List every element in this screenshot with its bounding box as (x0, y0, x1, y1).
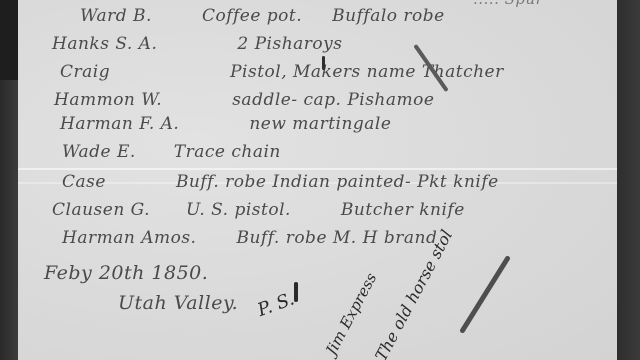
entry-hanks: Hanks S. A.2 Pisharoys (52, 34, 372, 54)
entry-harman-amos: Harman Amos.Buff. robe M. H brand (62, 228, 467, 248)
entry-harman-fa: Harman F. A.new martingale (60, 114, 421, 134)
ink-blot (322, 56, 325, 70)
marginal-note-express: Jim Express (322, 270, 380, 358)
document-date: Feby 20th 1850. (44, 262, 208, 284)
entry-wade: Wade E.Trace chain (62, 142, 311, 162)
entry-item: U. S. pistol. (186, 200, 291, 220)
entry-item: 2 Pisharoys (237, 34, 342, 54)
entry-case: CaseBuff. robe Indian painted- Pkt knife (62, 172, 529, 192)
scan-border-right (617, 0, 640, 360)
entry-name: Hammon W. (54, 90, 162, 110)
entry-craig: CraigPistol, Makers name Thatcher (60, 62, 534, 82)
document-place: Utah Valley. (118, 292, 238, 314)
entry-clausen: Clausen G.U. S. pistol.Butcher knife (52, 200, 495, 220)
entry-name: Ward B. (80, 6, 152, 26)
entry-name: Harman F. A. (60, 114, 179, 134)
partial-top-line: ..... Spur (473, 0, 543, 8)
entry-hammon: Hammon W.saddle- cap. Pishamoe (54, 90, 464, 110)
entry-item: new martingale (249, 114, 391, 134)
entry-item: Buff. robe Indian painted- Pkt knife (176, 172, 499, 192)
entry-name: Clausen G. (52, 200, 150, 220)
entry-item: saddle- cap. Pishamoe (232, 90, 434, 110)
ink-blot (294, 282, 298, 302)
entry-item: Buffalo robe (332, 6, 445, 26)
entry-item: Pistol, Makers name Thatcher (230, 62, 504, 82)
fold-crease (18, 168, 617, 170)
ink-stroke (459, 255, 511, 334)
entry-item: Coffee pot. (202, 6, 302, 26)
scan-border-left-dark (0, 0, 18, 80)
entry-ward: Ward B.Coffee pot.Buffalo robe (80, 6, 475, 26)
entry-name: Craig (60, 62, 110, 82)
entry-item: Trace chain (174, 142, 281, 162)
document-page: ..... Spur Ward B.Coffee pot.Buffalo rob… (18, 0, 617, 360)
entry-item: Butcher knife (341, 200, 465, 220)
entry-name: Wade E. (62, 142, 136, 162)
entry-name: Hanks S. A. (52, 34, 157, 54)
entry-item: Buff. robe M. H brand (236, 228, 437, 248)
postscript-mark: P. S. (255, 288, 297, 321)
entry-name: Case (62, 172, 106, 192)
entry-name: Harman Amos. (62, 228, 196, 248)
